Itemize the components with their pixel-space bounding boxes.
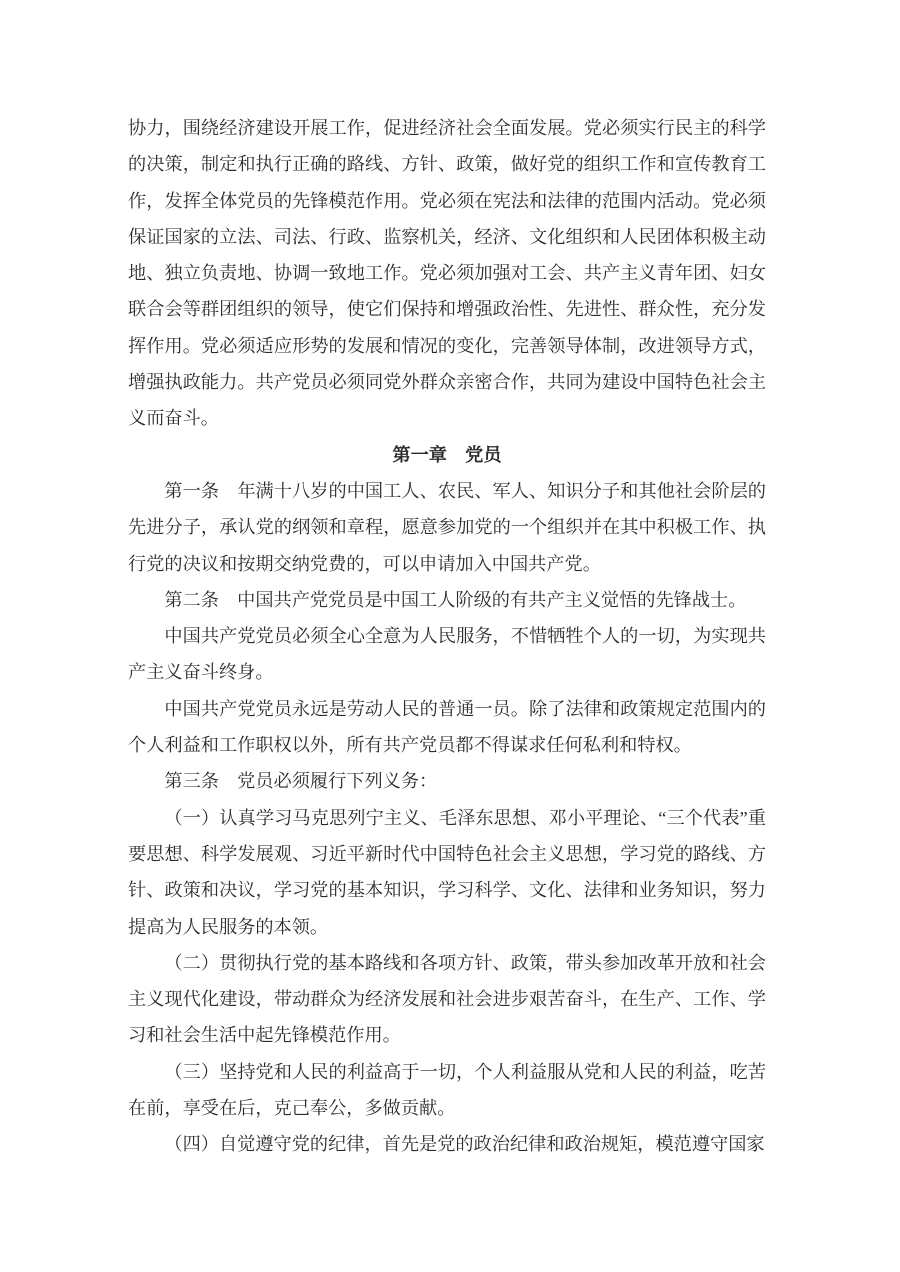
article-3-item-1-paragraph: （一）认真学习马克思列宁主义、毛泽东思想、邓小平理论、“三个代表”重要思想、科学… (128, 800, 766, 945)
document-page: 协力，围绕经济建设开展工作，促进经济社会全面发展。党必须实行民主的科学的决策，制… (0, 0, 900, 1272)
chapter-1-heading: 第一章 党员 (128, 437, 766, 473)
article-3-item-3-paragraph: （三）坚持党和人民的利益高于一切，个人利益服从党和人民的利益，吃苦在前，享受在后… (128, 1054, 766, 1127)
document-content: 协力，围绕经济建设开展工作，促进经济社会全面发展。党必须实行民主的科学的决策，制… (128, 110, 766, 1163)
article-1-paragraph: 第一条 年满十八岁的中国工人、农民、军人、知识分子和其他社会阶层的先进分子，承认… (128, 473, 766, 582)
article-2-paragraph-1: 第二条 中国共产党党员是中国工人阶级的有共产主义觉悟的先锋战士。 (128, 582, 766, 618)
article-3-item-4-paragraph: （四）自觉遵守党的纪律，首先是党的政治纪律和政治规矩，模范遵守国家 (128, 1126, 766, 1162)
article-2-paragraph-3: 中国共产党党员永远是劳动人民的普通一员。除了法律和政策规定范围内的个人利益和工作… (128, 691, 766, 764)
general-program-continuation-paragraph: 协力，围绕经济建设开展工作，促进经济社会全面发展。党必须实行民主的科学的决策，制… (128, 110, 766, 437)
article-3-item-2-paragraph: （二）贯彻执行党的基本路线和各项方针、政策，带头参加改革开放和社会主义现代化建设… (128, 945, 766, 1054)
article-3-intro-paragraph: 第三条 党员必须履行下列义务： (128, 763, 766, 799)
article-2-paragraph-2: 中国共产党党员必须全心全意为人民服务，不惜牺牲个人的一切，为实现共产主义奋斗终身… (128, 618, 766, 691)
